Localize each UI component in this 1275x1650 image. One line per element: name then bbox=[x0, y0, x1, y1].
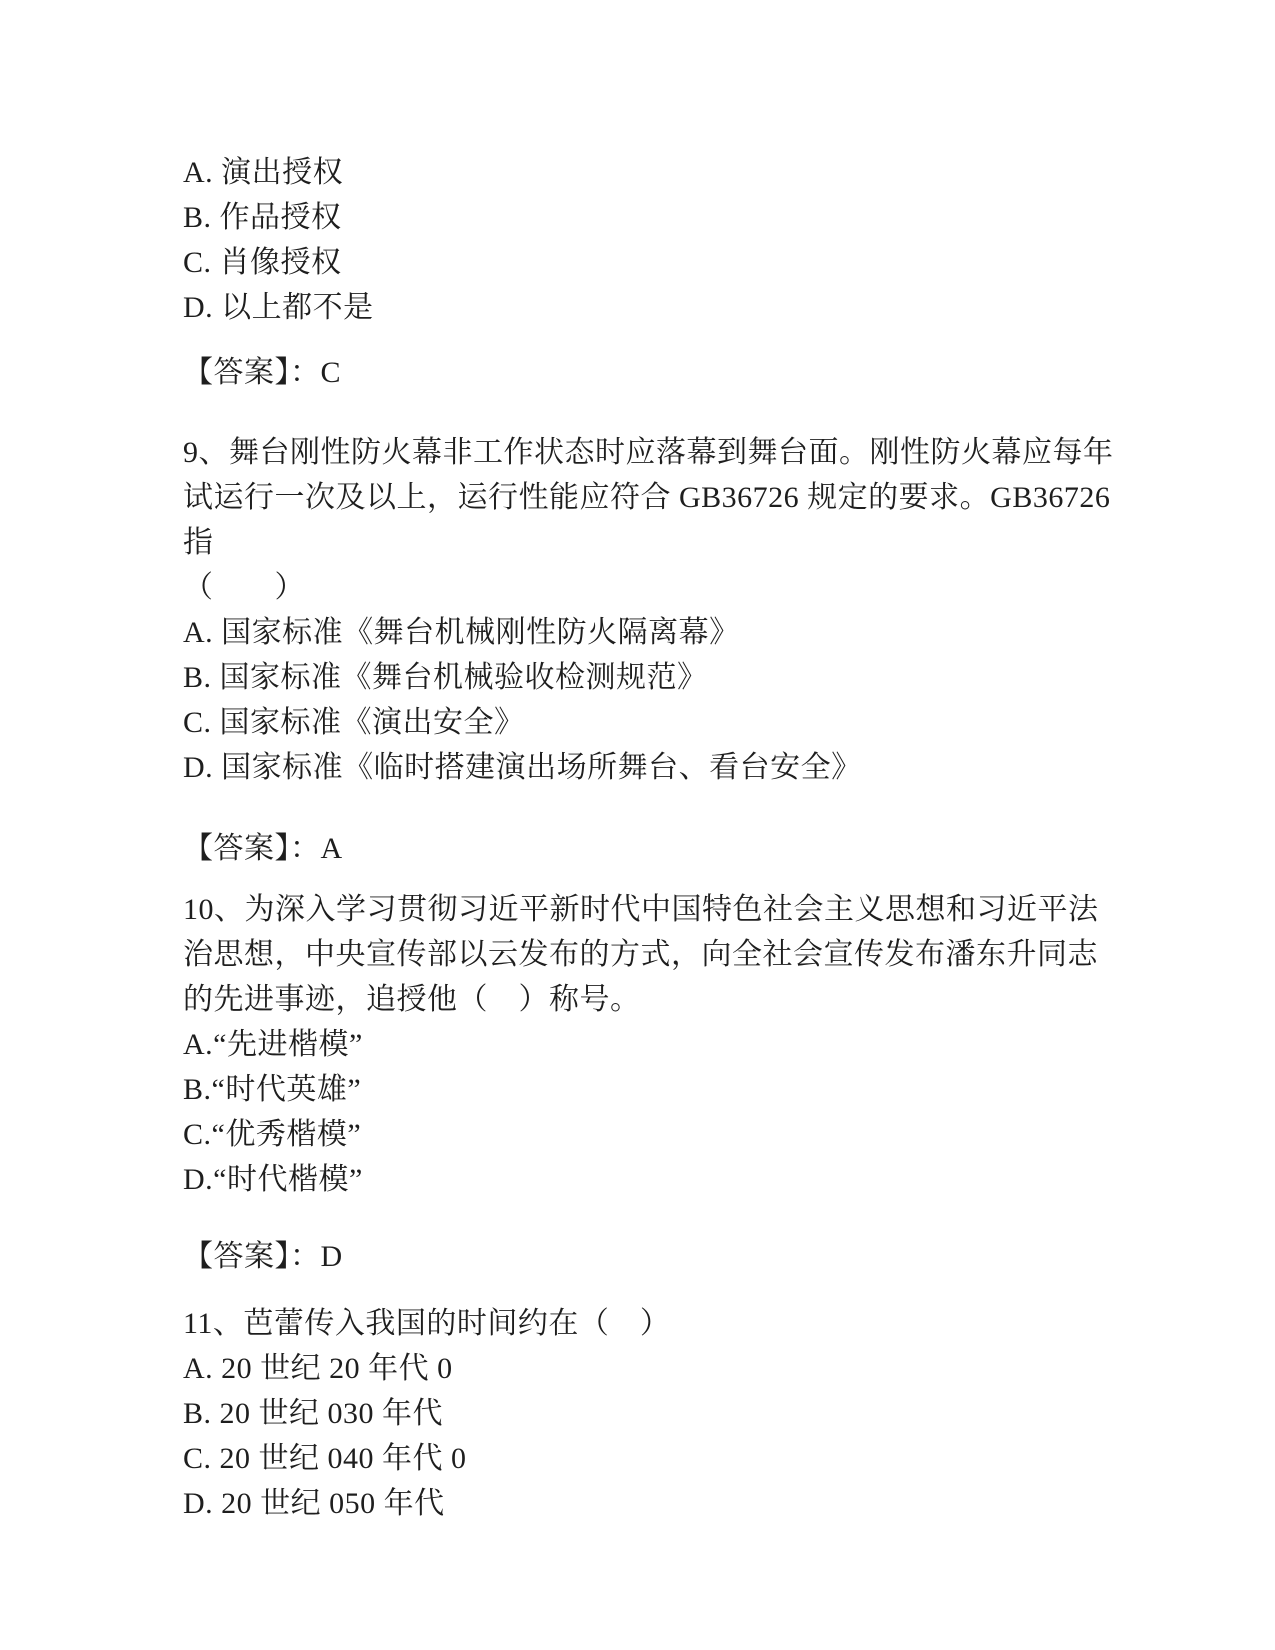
option-line-b: B. 20 世纪 030 年代 bbox=[183, 1391, 1135, 1436]
option-line-a: A. 国家标准《舞台机械刚性防火隔离幕》 bbox=[183, 610, 1135, 655]
question-8-options: A. 演出授权 B. 作品授权 C. 肖像授权 D. 以上都不是 bbox=[183, 150, 1135, 330]
question-9: 9、舞台刚性防火幕非工作状态时应落幕到舞台面。刚性防火幕应每年 试运行一次及以上… bbox=[183, 430, 1135, 790]
option-line-c: C. 肖像授权 bbox=[183, 240, 1135, 285]
option-line-d: D. 20 世纪 050 年代 bbox=[183, 1481, 1135, 1526]
question-10: 10、为深入学习贯彻习近平新时代中国特色社会主义思想和习近平法 治思想，中央宣传… bbox=[183, 887, 1135, 1202]
option-line-c: C. 国家标准《演出安全》 bbox=[183, 700, 1135, 745]
answer-line-q8: 【答案】：C bbox=[183, 350, 1135, 395]
question-stem-line: 治思想，中央宣传部以云发布的方式，向全社会宣传发布潘东升同志 bbox=[183, 932, 1135, 977]
answer-line-q10: 【答案】：D bbox=[183, 1234, 1135, 1279]
option-line-b: B.“时代英雄” bbox=[183, 1067, 1135, 1112]
question-stem-line: （ ） bbox=[183, 565, 1135, 610]
option-line-d: D. 以上都不是 bbox=[183, 285, 1135, 330]
option-line-b: B. 国家标准《舞台机械验收检测规范》 bbox=[183, 655, 1135, 700]
option-line-c: C.“优秀楷模” bbox=[183, 1112, 1135, 1157]
question-stem-line: 试运行一次及以上，运行性能应符合 GB36726 规定的要求。GB36726 指 bbox=[183, 475, 1135, 565]
option-line-b: B. 作品授权 bbox=[183, 195, 1135, 240]
question-11: 11、芭蕾传入我国的时间约在（ ） A. 20 世纪 20 年代 0 B. 20… bbox=[183, 1301, 1135, 1526]
option-line-c: C. 20 世纪 040 年代 0 bbox=[183, 1436, 1135, 1481]
question-stem-line: 11、芭蕾传入我国的时间约在（ ） bbox=[183, 1301, 1135, 1346]
option-line-d: D. 国家标准《临时搭建演出场所舞台、看台安全》 bbox=[183, 745, 1135, 790]
answer-line-q9: 【答案】：A bbox=[183, 826, 1135, 871]
question-stem-line: 9、舞台刚性防火幕非工作状态时应落幕到舞台面。刚性防火幕应每年 bbox=[183, 430, 1135, 475]
question-stem-line: 的先进事迹，追授他（ ）称号。 bbox=[183, 977, 1135, 1022]
question-stem-line: 10、为深入学习贯彻习近平新时代中国特色社会主义思想和习近平法 bbox=[183, 887, 1135, 932]
option-line-a: A. 演出授权 bbox=[183, 150, 1135, 195]
option-line-a: A. 20 世纪 20 年代 0 bbox=[183, 1346, 1135, 1391]
option-line-a: A.“先进楷模” bbox=[183, 1022, 1135, 1067]
option-line-d: D.“时代楷模” bbox=[183, 1157, 1135, 1202]
exam-document-page: A. 演出授权 B. 作品授权 C. 肖像授权 D. 以上都不是 【答案】：C … bbox=[0, 0, 1275, 1650]
